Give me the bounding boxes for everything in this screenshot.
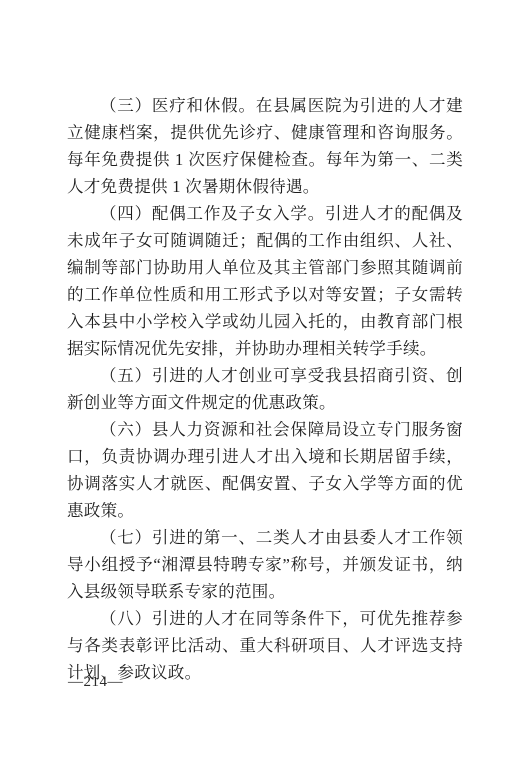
paragraph-item-3: （三）医疗和休假。在县属医院为引进的人才建立健康档案，提供优先诊疗、健康管理和咨… [67,92,463,200]
paragraph-item-5: （五）引进的人才创业可享受我县招商引资、创新创业等方面文件规定的优惠政策。 [67,362,463,416]
paragraph-item-8: （八）引进的人才在同等条件下，可优先推荐参与各类表彰评比活动、重大科研项目、人才… [67,605,463,686]
page-number: —214— [68,672,123,692]
paragraph-item-4: （四）配偶工作及子女入学。引进人才的配偶及未成年子女可随调随迁；配偶的工作由组织… [67,200,463,362]
document-body: （三）医疗和休假。在县属医院为引进的人才建立健康档案，提供优先诊疗、健康管理和咨… [67,92,463,686]
document-page: （三）医疗和休假。在县属医院为引进的人才建立健康档案，提供优先诊疗、健康管理和咨… [0,0,528,767]
paragraph-item-7: （七）引进的第一、二类人才由县委人才工作领导小组授予“湘潭县特聘专家”称号，并颁… [67,524,463,605]
paragraph-item-6: （六）县人力资源和社会保障局设立专门服务窗口，负责协调办理引进人才出入境和长期居… [67,416,463,524]
